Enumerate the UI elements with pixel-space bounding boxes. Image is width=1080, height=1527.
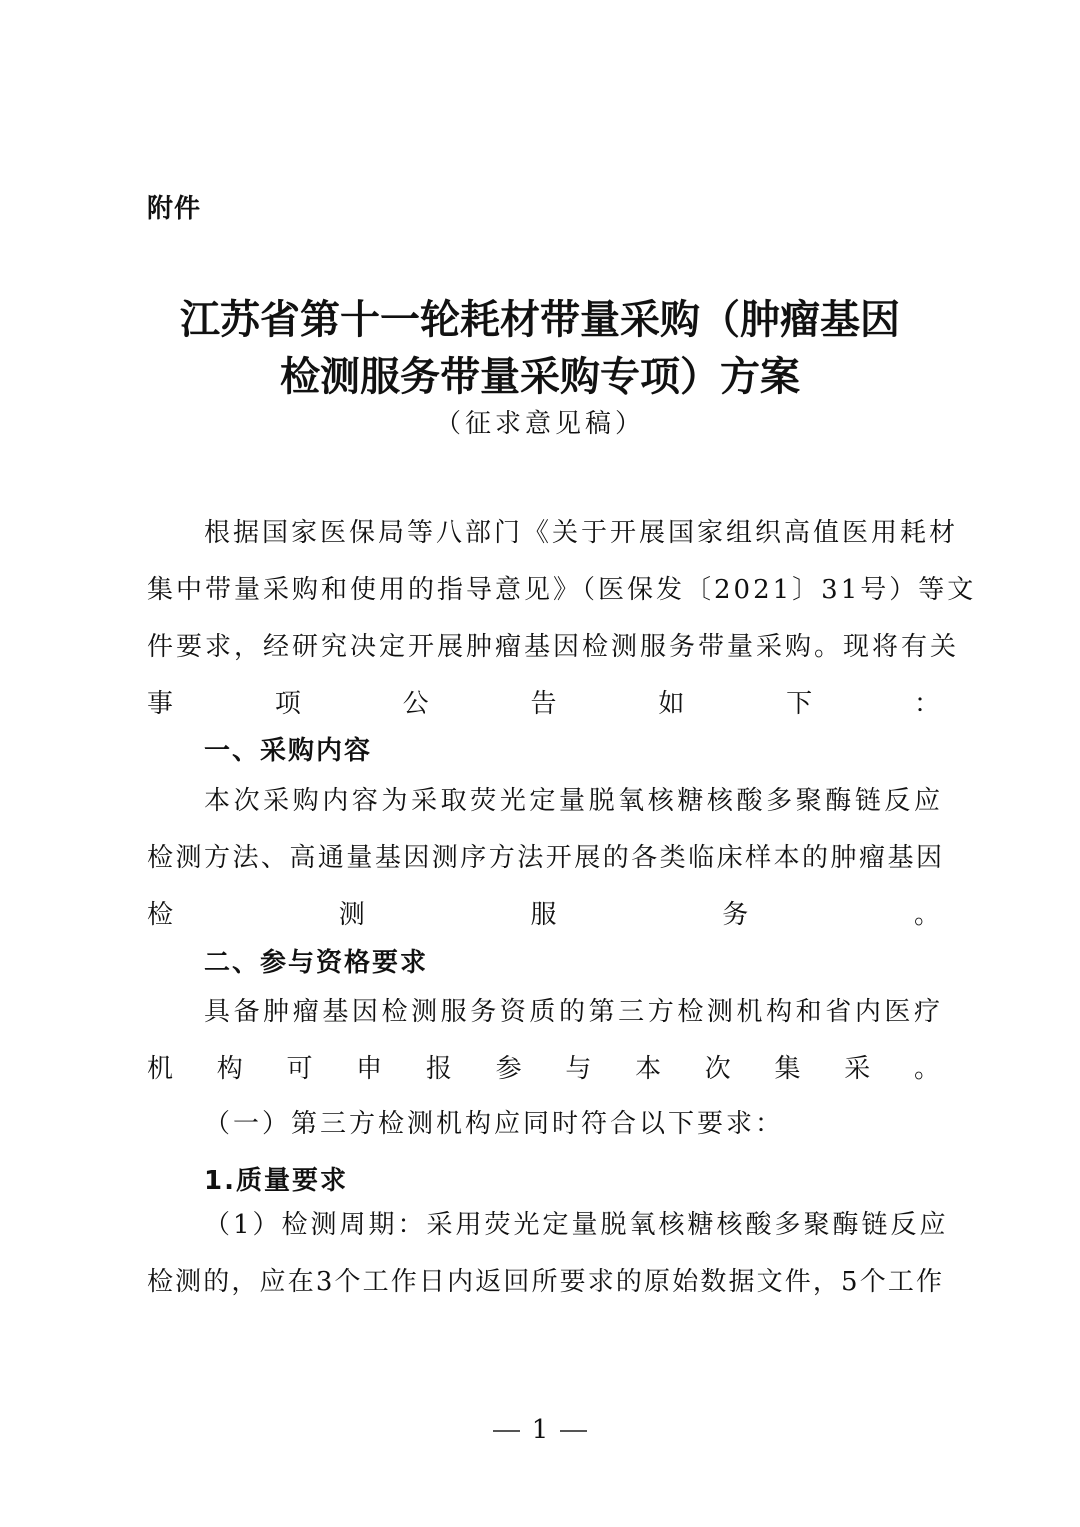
section-1-line: 检测方法、高通量基因测序方法开展的各类临床样本的肿瘤基因 xyxy=(147,830,943,887)
dash-left xyxy=(493,1430,520,1432)
section-2-paragraph: 具备肿瘤基因检测服务资质的第三方检测机构和省内医疗 机构可申报参与本次集采。 xyxy=(147,984,943,1098)
intro-paragraph: 根据国家医保局等八部门《关于开展国家组织高值医用耗材 集中带量采购和使用的指导意… xyxy=(147,505,943,733)
subsection-1-title: （一）第三方检测机构应同时符合以下要求： xyxy=(204,1103,784,1140)
document-subtitle: （征求意见稿） xyxy=(0,403,1080,440)
item-1-heading: 1.质量要求 xyxy=(204,1160,348,1197)
item-1-line: （1）检测周期：采用荧光定量脱氧核糖核酸多聚酶链反应 xyxy=(147,1197,943,1254)
section-2-line: 具备肿瘤基因检测服务资质的第三方检测机构和省内医疗 xyxy=(147,984,943,1041)
section-1-line: 本次采购内容为采取荧光定量脱氧核糖核酸多聚酶链反应 xyxy=(147,773,943,830)
dash-right xyxy=(560,1430,587,1432)
item-1-line: 检测的，应在3个工作日内返回所要求的原始数据文件，5个工作 xyxy=(147,1254,943,1311)
intro-line: 事项公告如下： xyxy=(147,676,943,733)
section-1-line: 检测服务。 xyxy=(147,887,943,944)
document-title-line-1: 江苏省第十一轮耗材带量采购（肿瘤基因 xyxy=(0,288,1080,345)
section-2-line: 机构可申报参与本次集采。 xyxy=(147,1041,943,1098)
section-1-heading: 一、采购内容 xyxy=(204,730,372,767)
section-2-heading: 二、参与资格要求 xyxy=(204,942,428,979)
page-number: 1 xyxy=(532,1415,549,1445)
intro-line: 集中带量采购和使用的指导意见》（医保发〔2021〕31号）等文 xyxy=(147,562,943,619)
intro-line: 件要求，经研究决定开展肿瘤基因检测服务带量采购。现将有关 xyxy=(147,619,943,676)
document-title-line-2: 检测服务带量采购专项）方案 xyxy=(0,345,1080,402)
page-footer: 1 xyxy=(0,1415,1080,1445)
section-1-paragraph: 本次采购内容为采取荧光定量脱氧核糖核酸多聚酶链反应 检测方法、高通量基因测序方法… xyxy=(147,773,943,944)
intro-line: 根据国家医保局等八部门《关于开展国家组织高值医用耗材 xyxy=(147,505,943,562)
attachment-label: 附件 xyxy=(147,188,201,225)
item-1-paragraph: （1）检测周期：采用荧光定量脱氧核糖核酸多聚酶链反应 检测的，应在3个工作日内返… xyxy=(147,1197,943,1311)
